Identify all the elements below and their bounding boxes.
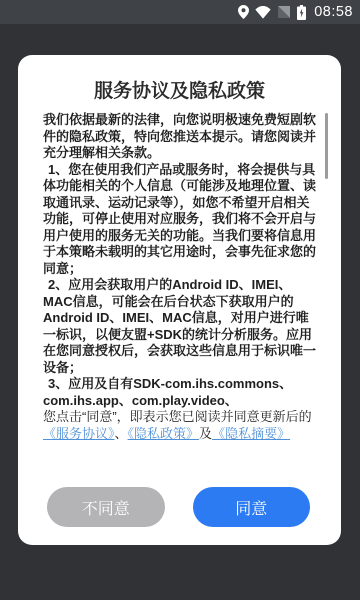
consent-separator: 、 bbox=[115, 426, 128, 441]
wifi-icon bbox=[255, 6, 271, 19]
disagree-button[interactable]: 不同意 bbox=[47, 487, 165, 527]
signal-icon bbox=[277, 5, 291, 19]
location-icon bbox=[238, 5, 249, 19]
clause-2: 2、应用会获取用户的Android ID、IMEI、MAC信息，可能会在后台状态… bbox=[43, 277, 320, 376]
privacy-policy-link[interactable]: 《隐私政策》 bbox=[128, 426, 200, 441]
screen: 08:58 服务协议及隐私政策 我们依据最新的法律，向您说明极速免费短剧软件的隐… bbox=[0, 0, 360, 600]
scrollbar-thumb[interactable] bbox=[325, 113, 328, 179]
dialog-body-scroll[interactable]: 我们依据最新的法律，向您说明极速免费短剧软件的隐私政策，特向您推送本提示。请您阅… bbox=[43, 112, 320, 473]
clause-3: 3、应用及自有SDK-com.ihs.commons、com.ihs.app、c… bbox=[43, 376, 320, 409]
privacy-dialog: 服务协议及隐私政策 我们依据最新的法律，向您说明极速免费短剧软件的隐私政策，特向… bbox=[18, 55, 341, 545]
clause-1: 1、您在使用我们产品或服务时，将会提供与具体功能相关的个人信息（可能涉及地理位置… bbox=[43, 162, 320, 278]
status-bar: 08:58 bbox=[0, 0, 360, 24]
dialog-actions: 不同意 同意 bbox=[47, 487, 310, 527]
consent-text: 您点击“同意”，即表示您已阅读并同意更新后的 bbox=[43, 409, 312, 424]
consent-paragraph: 您点击“同意”，即表示您已阅读并同意更新后的《服务协议》、《隐私政策》及《隐私摘… bbox=[43, 409, 320, 442]
intro-paragraph: 我们依据最新的法律，向您说明极速免费短剧软件的隐私政策，特向您推送本提示。请您阅… bbox=[43, 112, 320, 162]
service-agreement-link[interactable]: 《服务协议》 bbox=[43, 426, 115, 441]
consent-separator: 及 bbox=[199, 426, 212, 441]
battery-charging-icon bbox=[297, 5, 306, 20]
status-time: 08:58 bbox=[314, 4, 353, 20]
agree-button[interactable]: 同意 bbox=[193, 487, 311, 527]
dialog-title: 服务协议及隐私政策 bbox=[18, 55, 341, 103]
privacy-summary-link[interactable]: 《隐私摘要》 bbox=[212, 426, 290, 441]
